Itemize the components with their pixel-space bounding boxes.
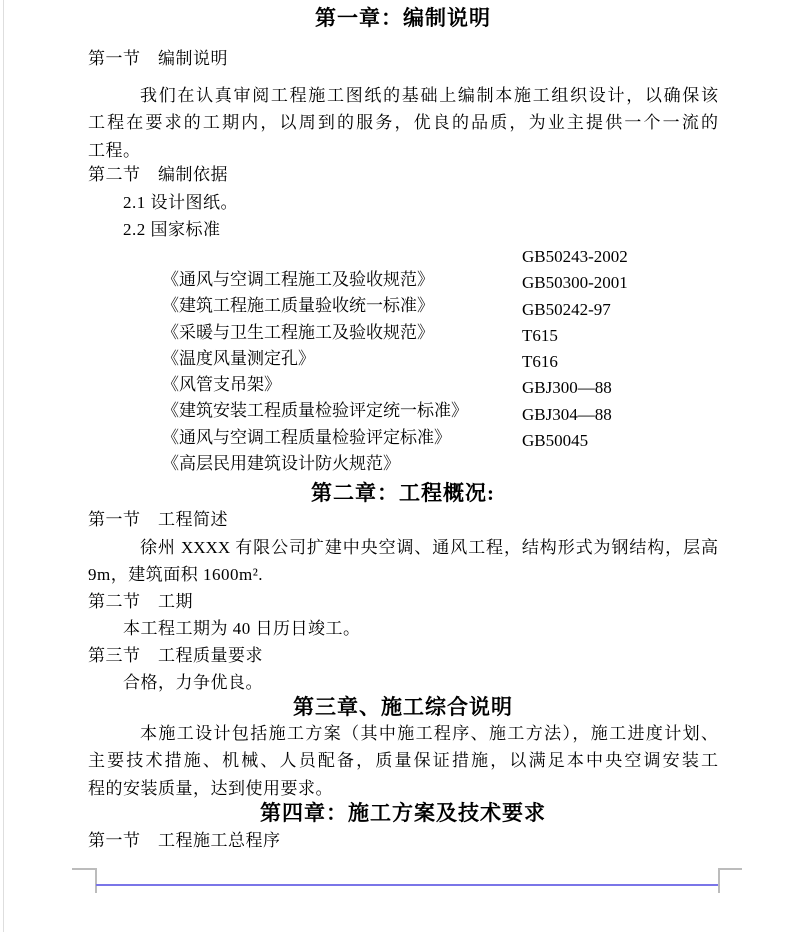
standard-code: T615 [522,324,558,347]
standard-code: GB50045 [522,429,588,452]
paragraph-line: 本施工设计包括施工方案（其中施工程序、施工方法），施工进度计划、 [140,722,718,745]
standard-code: GB50242-97 [522,298,611,321]
standard-row: 《采暖与卫生工程施工及验收规范》 GB50242-97 [145,298,718,321]
chapter2-title: 第二章：工程概况: [88,480,718,506]
standard-code: GBJ300—88 [522,376,612,399]
paragraph-line: 合格，力争优良。 [123,671,263,694]
footer-crop-mark-left-horizontal [72,868,96,870]
standard-code: T616 [522,350,558,373]
footer-crop-mark-right-horizontal [718,868,742,870]
section-heading-2-2: 第二节 工期 [88,590,193,613]
document-page: 第一章：编制说明 第一节 编制说明 我们在认真审阅工程施工图纸的基础上编制本施工… [0,0,795,932]
chapter4-title: 第四章：施工方案及技术要求 [88,800,718,826]
standard-code: GBJ304—88 [522,403,612,426]
paragraph-line: 工程在要求的工期内，以周到的服务，优良的品质，为业主提供一个一流的 [88,111,718,134]
paragraph-line: 主要技术措施、机械、人员配备，质量保证措施，以满足本中央空调安装工 [88,749,718,772]
chapter1-title: 第一章：编制说明 [88,5,718,31]
paragraph-line: 工程。 [88,139,141,162]
footer-crop-mark-right-vertical [718,868,720,893]
paragraph-line: 程的安装质量，达到使用要求。 [88,777,333,800]
page-left-edge [3,0,4,932]
paragraph-line: 徐州 XXXX 有限公司扩建中央空调、通风工程，结构形式为钢结构，层高 [140,536,718,559]
standard-row: 《建筑工程施工质量验收统一标准》 GB50300-2001 [145,271,718,294]
list-item-2-1: 2.1 设计图纸。 [123,191,238,214]
chapter3-title: 第三章、施工综合说明 [88,694,718,720]
paragraph-line: 9m，建筑面积 1600m². [88,563,263,586]
standard-row: 《高层民用建筑设计防火规范》 GB50045 [145,429,718,452]
paragraph-line: 本工程工期为 40 日历日竣工。 [123,617,361,640]
footer-crop-mark-left-vertical [95,868,97,893]
section-heading-4-1: 第一节 工程施工总程序 [88,829,281,852]
standard-title: 《高层民用建筑设计防火规范》 [162,454,400,473]
standard-row: 《建筑安装工程质量检验评定统一标准》 GBJ300—88 [145,376,718,399]
standard-row: 《通风与空调工程质量检验评定标准》 GBJ304—88 [145,403,718,426]
section-heading-1-2: 第二节 编制依据 [88,163,228,186]
section-heading-2-1: 第一节 工程简述 [88,508,228,531]
section-heading-2-3: 第三节 工程质量要求 [88,644,263,667]
list-item-2-2: 2.2 国家标准 [123,218,221,241]
standard-row: 《温度风量测定孔》 T615 [145,324,718,347]
standard-code: GB50243-2002 [522,245,628,268]
standard-row: 《风管支吊架》 T616 [145,350,718,373]
footer-rule [96,884,718,886]
standard-row: 《通风与空调工程施工及验收规范》 GB50243-2002 [145,245,718,268]
paragraph-line: 我们在认真审阅工程施工图纸的基础上编制本施工组织设计，以确保该 [140,84,718,107]
section-heading-1-1: 第一节 编制说明 [88,47,228,70]
standard-code: GB50300-2001 [522,271,628,294]
